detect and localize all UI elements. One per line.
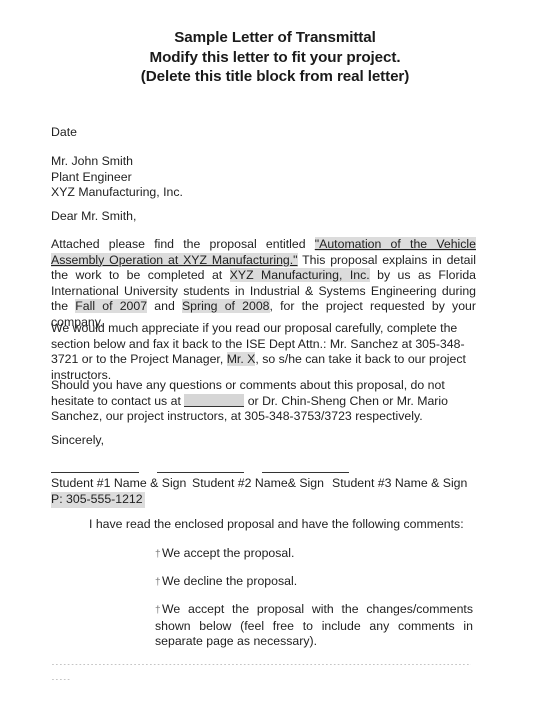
term-spring: Spring of 2008: [182, 299, 270, 313]
comment-intro: I have read the enclosed proposal and ha…: [89, 517, 464, 533]
recipient-name: Mr. John Smith: [51, 154, 476, 170]
option-decline-text: We decline the proposal.: [162, 574, 297, 588]
p1-text-4: and: [147, 299, 182, 313]
contact-blank-field[interactable]: [184, 394, 244, 407]
option-changes-text: We accept the proposal with the changes/…: [155, 602, 473, 648]
option-accept-with-changes[interactable]: †We accept the proposal with the changes…: [155, 602, 473, 650]
date-label: Date: [51, 125, 476, 141]
letter-page: Sample Letter of Transmittal Modify this…: [0, 0, 550, 719]
dashed-separator: ----------------------------------------…: [51, 660, 471, 668]
checkbox-icon[interactable]: †: [155, 547, 160, 563]
checkbox-icon[interactable]: †: [155, 603, 160, 619]
term-fall: Fall of 2007: [75, 299, 147, 313]
signature-line-2[interactable]: [157, 472, 244, 473]
signature-label-3: Student #3 Name & Sign: [332, 476, 467, 492]
dashed-separator-continued: -----: [51, 675, 71, 683]
p1-text-1: Attached please find the proposal entitl…: [51, 237, 315, 251]
company-name-highlight: XYZ Manufacturing, Inc.: [230, 268, 370, 282]
salutation: Dear Mr. Smith,: [51, 209, 476, 225]
recipient-title: Plant Engineer: [51, 170, 476, 186]
closing: Sincerely,: [51, 433, 476, 449]
signature-label-2: Student #2 Name& Sign: [192, 476, 324, 492]
option-accept[interactable]: †We accept the proposal.: [155, 546, 473, 563]
project-manager-highlight: Mr. X: [227, 352, 256, 366]
phone-number: P: 305-555-1212: [51, 492, 145, 508]
signature-lines: [51, 472, 371, 474]
signature-line-1[interactable]: [51, 472, 139, 473]
title-block: Sample Letter of Transmittal Modify this…: [0, 28, 550, 87]
paragraph-1: Attached please find the proposal entitl…: [51, 237, 476, 331]
recipient-company: XYZ Manufacturing, Inc.: [51, 185, 476, 201]
recipient-address: Mr. John Smith Plant Engineer XYZ Manufa…: [51, 154, 476, 201]
paragraph-3: Should you have any questions or comment…: [51, 378, 476, 425]
paragraph-2: We would much appreciate if you read our…: [51, 321, 476, 383]
title-line-1: Sample Letter of Transmittal: [0, 28, 550, 48]
signature-line-3[interactable]: [262, 472, 349, 473]
title-line-2: Modify this letter to fit your project.: [0, 48, 550, 68]
option-decline[interactable]: †We decline the proposal.: [155, 574, 473, 591]
signature-label-1: Student #1 Name & Sign: [51, 476, 186, 492]
option-accept-text: We accept the proposal.: [162, 546, 294, 560]
title-line-3: (Delete this title block from real lette…: [0, 67, 550, 87]
checkbox-icon[interactable]: †: [155, 575, 160, 591]
